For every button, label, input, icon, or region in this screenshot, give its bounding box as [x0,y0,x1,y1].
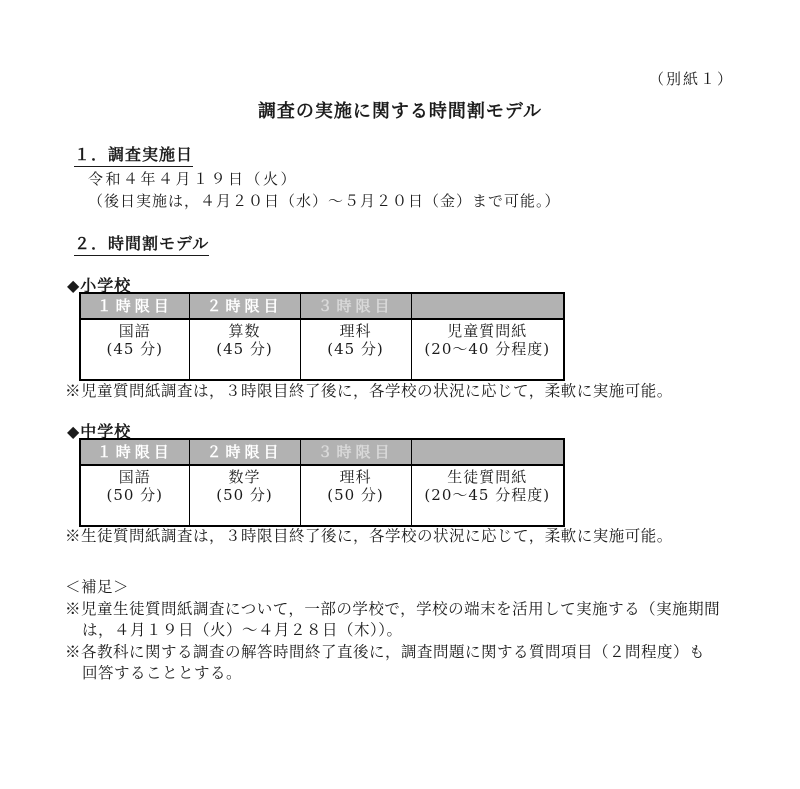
questionnaire-cell: 児童質問紙 (20～40 分程度) [411,319,564,380]
subject-cell: 理科 (50 分) [300,465,411,526]
section-1-heading: １．調査実施日 [74,145,193,167]
supplement-section: ＜補足＞ ※児童生徒質問紙調査について，一部の学校で，学校の端末を活用して実施す… [65,577,760,685]
period-3-header: ３時限目 [300,439,411,465]
questionnaire-name: 生徒質問紙 [413,469,563,487]
subject-cell: 理科 (45 分) [300,319,411,380]
supplement-note-line: ※児童生徒質問紙調査について，一部の学校で，学校の端末を活用して実施する（実施期… [65,599,760,621]
junior-high-timetable: １時限目 ２時限目 ３時限目 国語 (50 分) 数学 (50 分) 理科 (5… [79,438,565,527]
document-page: （別紙１） 調査の実施に関する時間割モデル １．調査実施日 令和４年４月１９日（… [0,0,800,789]
period-1-header: １時限目 [80,439,189,465]
subject-name: 理科 [302,323,410,341]
elementary-timetable: １時限目 ２時限目 ３時限目 国語 (45 分) 算数 (45 分) 理科 (4… [79,292,565,381]
subject-duration: (45 分) [191,341,299,359]
subject-duration: (45 分) [82,341,188,359]
corner-label: （別紙１） [0,68,734,89]
junior-high-table-note: ※生徒質問紙調査は，３時限目終了後に，各学校の状況に応じて，柔軟に実施可能。 [65,524,673,546]
section-2-heading: ２．時間割モデル [74,234,209,256]
period-3-header: ３時限目 [300,293,411,319]
elementary-table-note: ※児童質問紙調査は，３時限目終了後に，各学校の状況に応じて，柔軟に実施可能。 [65,379,673,401]
subject-cell: 算数 (45 分) [189,319,300,380]
subject-cell: 国語 (45 分) [80,319,189,380]
table-header-row: １時限目 ２時限目 ３時限目 [80,439,564,465]
supplement-note-line: は，４月１９日（火）～４月２８日（木））。 [65,620,760,642]
table-body-row: 国語 (45 分) 算数 (45 分) 理科 (45 分) 児童質問紙 (20～… [80,319,564,380]
subject-name: 国語 [82,323,188,341]
questionnaire-header [411,439,564,465]
supplement-note-line: ※各教科に関する調査の解答時間終了直後に，調査問題に関する質問項目（２問程度）も [65,642,760,664]
period-1-header: １時限目 [80,293,189,319]
subject-duration: (45 分) [302,341,410,359]
subject-cell: 数学 (50 分) [189,465,300,526]
period-2-header: ２時限目 [189,293,300,319]
subject-name: 算数 [191,323,299,341]
subject-duration: (50 分) [302,487,410,505]
questionnaire-duration: (20～40 分程度) [413,341,563,359]
questionnaire-name: 児童質問紙 [413,323,563,341]
period-2-header: ２時限目 [189,439,300,465]
alternate-period-text: （後日実施は，４月２０日（水）～５月２０日（金）まで可能。） [88,190,561,211]
survey-date-text: 令和４年４月１９日（火） [88,168,298,189]
subject-duration: (50 分) [191,487,299,505]
questionnaire-header [411,293,564,319]
document-title: 調査の実施に関する時間割モデル [0,97,800,123]
subject-name: 数学 [191,469,299,487]
supplement-heading: ＜補足＞ [65,577,760,599]
table-header-row: １時限目 ２時限目 ３時限目 [80,293,564,319]
supplement-note-line: 回答することとする。 [65,663,760,685]
subject-name: 国語 [82,469,188,487]
subject-cell: 国語 (50 分) [80,465,189,526]
subject-duration: (50 分) [82,487,188,505]
questionnaire-duration: (20～45 分程度) [413,487,563,505]
questionnaire-cell: 生徒質問紙 (20～45 分程度) [411,465,564,526]
subject-name: 理科 [302,469,410,487]
table-body-row: 国語 (50 分) 数学 (50 分) 理科 (50 分) 生徒質問紙 (20～… [80,465,564,526]
